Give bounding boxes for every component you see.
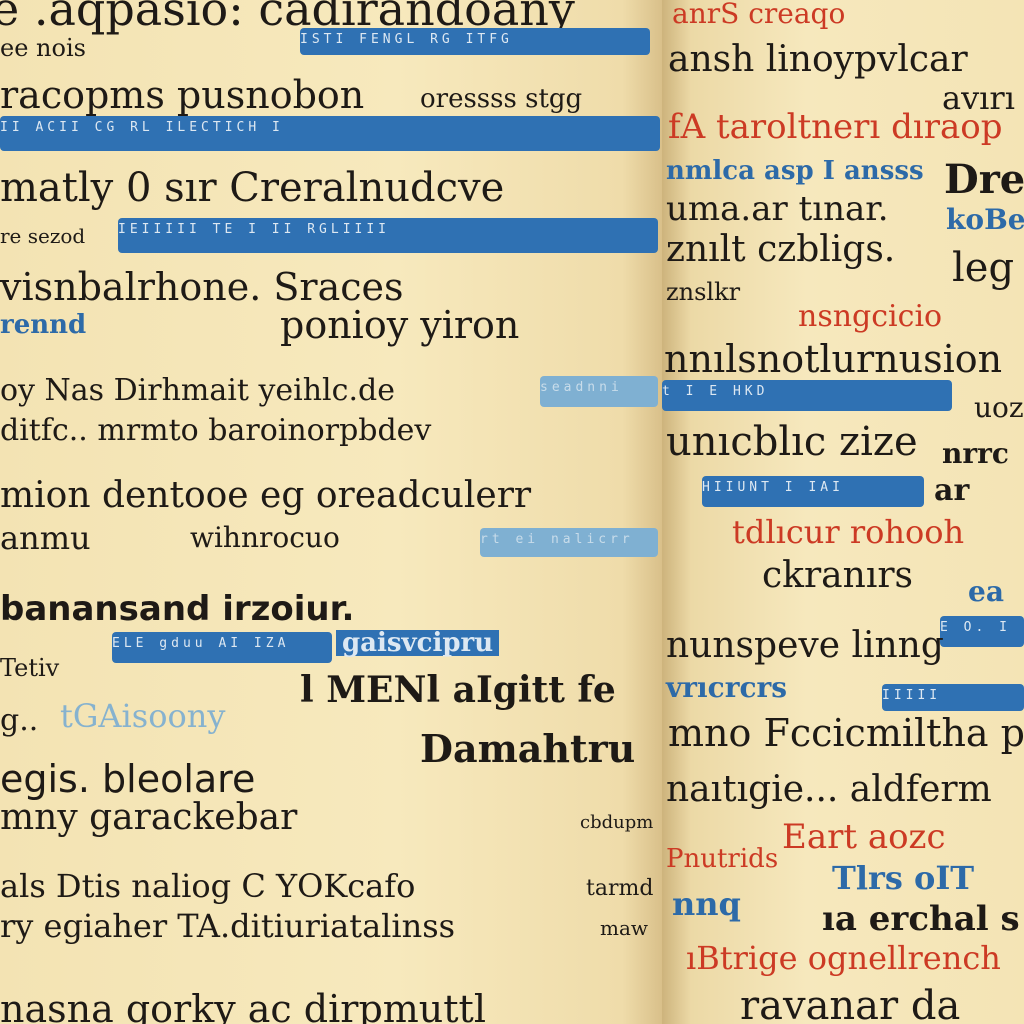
text-line: matly 0 sır Creralnudcve bbox=[0, 168, 504, 208]
text-line: ıa erchal s bbox=[822, 902, 1020, 936]
text-line: g.. bbox=[0, 706, 38, 736]
text-line: naıtıgie... aldferm bbox=[666, 772, 992, 808]
text-line: anmu bbox=[0, 522, 91, 554]
text-line: leg bbox=[952, 248, 1014, 288]
text-line: nmlca asp I ansss bbox=[666, 158, 924, 184]
text-line: ea bbox=[968, 578, 1004, 606]
text-line: wihnrocuo bbox=[190, 524, 340, 552]
text-line: mny garackebar bbox=[0, 800, 297, 836]
blue-band: t I E HKD bbox=[662, 380, 952, 411]
text-line: ee nois bbox=[0, 36, 86, 60]
text-line: Tetiv bbox=[0, 656, 59, 680]
blue-band: ISTI FENGL RG ITFG bbox=[300, 28, 650, 55]
text-line: Dre bbox=[944, 160, 1024, 200]
text-line: Damahtru bbox=[420, 730, 635, 768]
text-line: tGAisoony bbox=[60, 700, 225, 732]
blue-band: IEIIIII TE I II RGLIIII bbox=[118, 218, 658, 253]
text-line: ckranırs bbox=[762, 558, 913, 594]
blue-band: IIIII bbox=[882, 684, 1024, 711]
text-line: ar bbox=[934, 476, 969, 506]
text-line: egis. bleolare bbox=[0, 760, 255, 798]
text-line: nasna gorky ac dirpmuttl bbox=[0, 990, 486, 1024]
text-line: als Dtis naliog C YOKcafo bbox=[0, 870, 415, 902]
text-line: re sezod bbox=[0, 226, 85, 246]
text-line: anrS creaqo bbox=[672, 0, 845, 28]
text-line: gaisvcipru bbox=[336, 630, 499, 656]
pale-band: rt ei nalicrr bbox=[480, 528, 658, 557]
blue-band: ELE gduu AI IZA bbox=[112, 632, 332, 663]
text-line: Eart aozc bbox=[782, 820, 946, 854]
text-line: l MENl aIgitt fe bbox=[300, 672, 616, 708]
pale-band: seadnni bbox=[540, 376, 658, 407]
right-page: anrS creaqo ansh linoypvlcar avırı fA ta… bbox=[662, 0, 1024, 1024]
blue-band: HIIUNT I IAI bbox=[702, 476, 924, 507]
text-line: uoz bbox=[974, 394, 1024, 422]
text-line: visnbalrhone. Sraces bbox=[0, 268, 404, 306]
text-line: nnq bbox=[672, 888, 741, 920]
text-line: tdlıcur rohooh bbox=[732, 516, 964, 548]
blue-band: II ACII CG RL ILECTICH I bbox=[0, 116, 660, 151]
text-line: ansh linoypvlcar bbox=[668, 42, 968, 78]
text-line: banansand irzoiur. bbox=[0, 592, 354, 626]
text-line: mion dentooe eg oreadculerr bbox=[0, 478, 531, 514]
text-line: nrrc bbox=[942, 440, 1009, 468]
text-line: nsngcicio bbox=[798, 302, 942, 332]
text-line: ry egiaher TA.ditiuriatalinss bbox=[0, 910, 455, 942]
text-line: znslkr bbox=[666, 280, 740, 304]
text-line: racopms pusnobon bbox=[0, 76, 364, 114]
text-line: maw bbox=[600, 918, 648, 938]
text-line: uma.ar tınar. bbox=[666, 192, 889, 226]
text-line: oressss stgg bbox=[420, 86, 582, 112]
text-line: ditfc.. mrmto baroinorpbdev bbox=[0, 416, 431, 446]
left-page: e .aqpasio: cadırandoany ee nois ISTI FE… bbox=[0, 0, 662, 1024]
text-line: Tlrs oIT bbox=[832, 862, 974, 894]
text-line: ravanar da bbox=[740, 986, 960, 1024]
text-line: koBe bbox=[946, 206, 1024, 234]
text-line: vrıcrcrs bbox=[666, 674, 787, 702]
text-line: Pnutrids bbox=[666, 846, 778, 872]
text-line: tarmd bbox=[586, 878, 653, 900]
text-line: cbdupm bbox=[580, 814, 653, 832]
text-line: ıBtrige ognellrench bbox=[686, 942, 1001, 974]
blue-band: E O. I bbox=[940, 616, 1024, 647]
text-line: mno Fccicmiltha p bbox=[668, 714, 1024, 752]
text-line: oy Nas Dirhmait yeihlc.de bbox=[0, 376, 395, 406]
text-line: unıcblıc zize bbox=[666, 422, 918, 462]
text-line: fA taroltnerı dıraop bbox=[668, 110, 1003, 144]
text-line: rennd bbox=[0, 312, 86, 338]
text-line: znılt czbligs. bbox=[666, 232, 895, 268]
text-line: ponioy yiron bbox=[280, 306, 519, 344]
text-line: nunspeve linng bbox=[666, 628, 944, 664]
text-line: nnılsnotlurnusion bbox=[664, 340, 1002, 378]
